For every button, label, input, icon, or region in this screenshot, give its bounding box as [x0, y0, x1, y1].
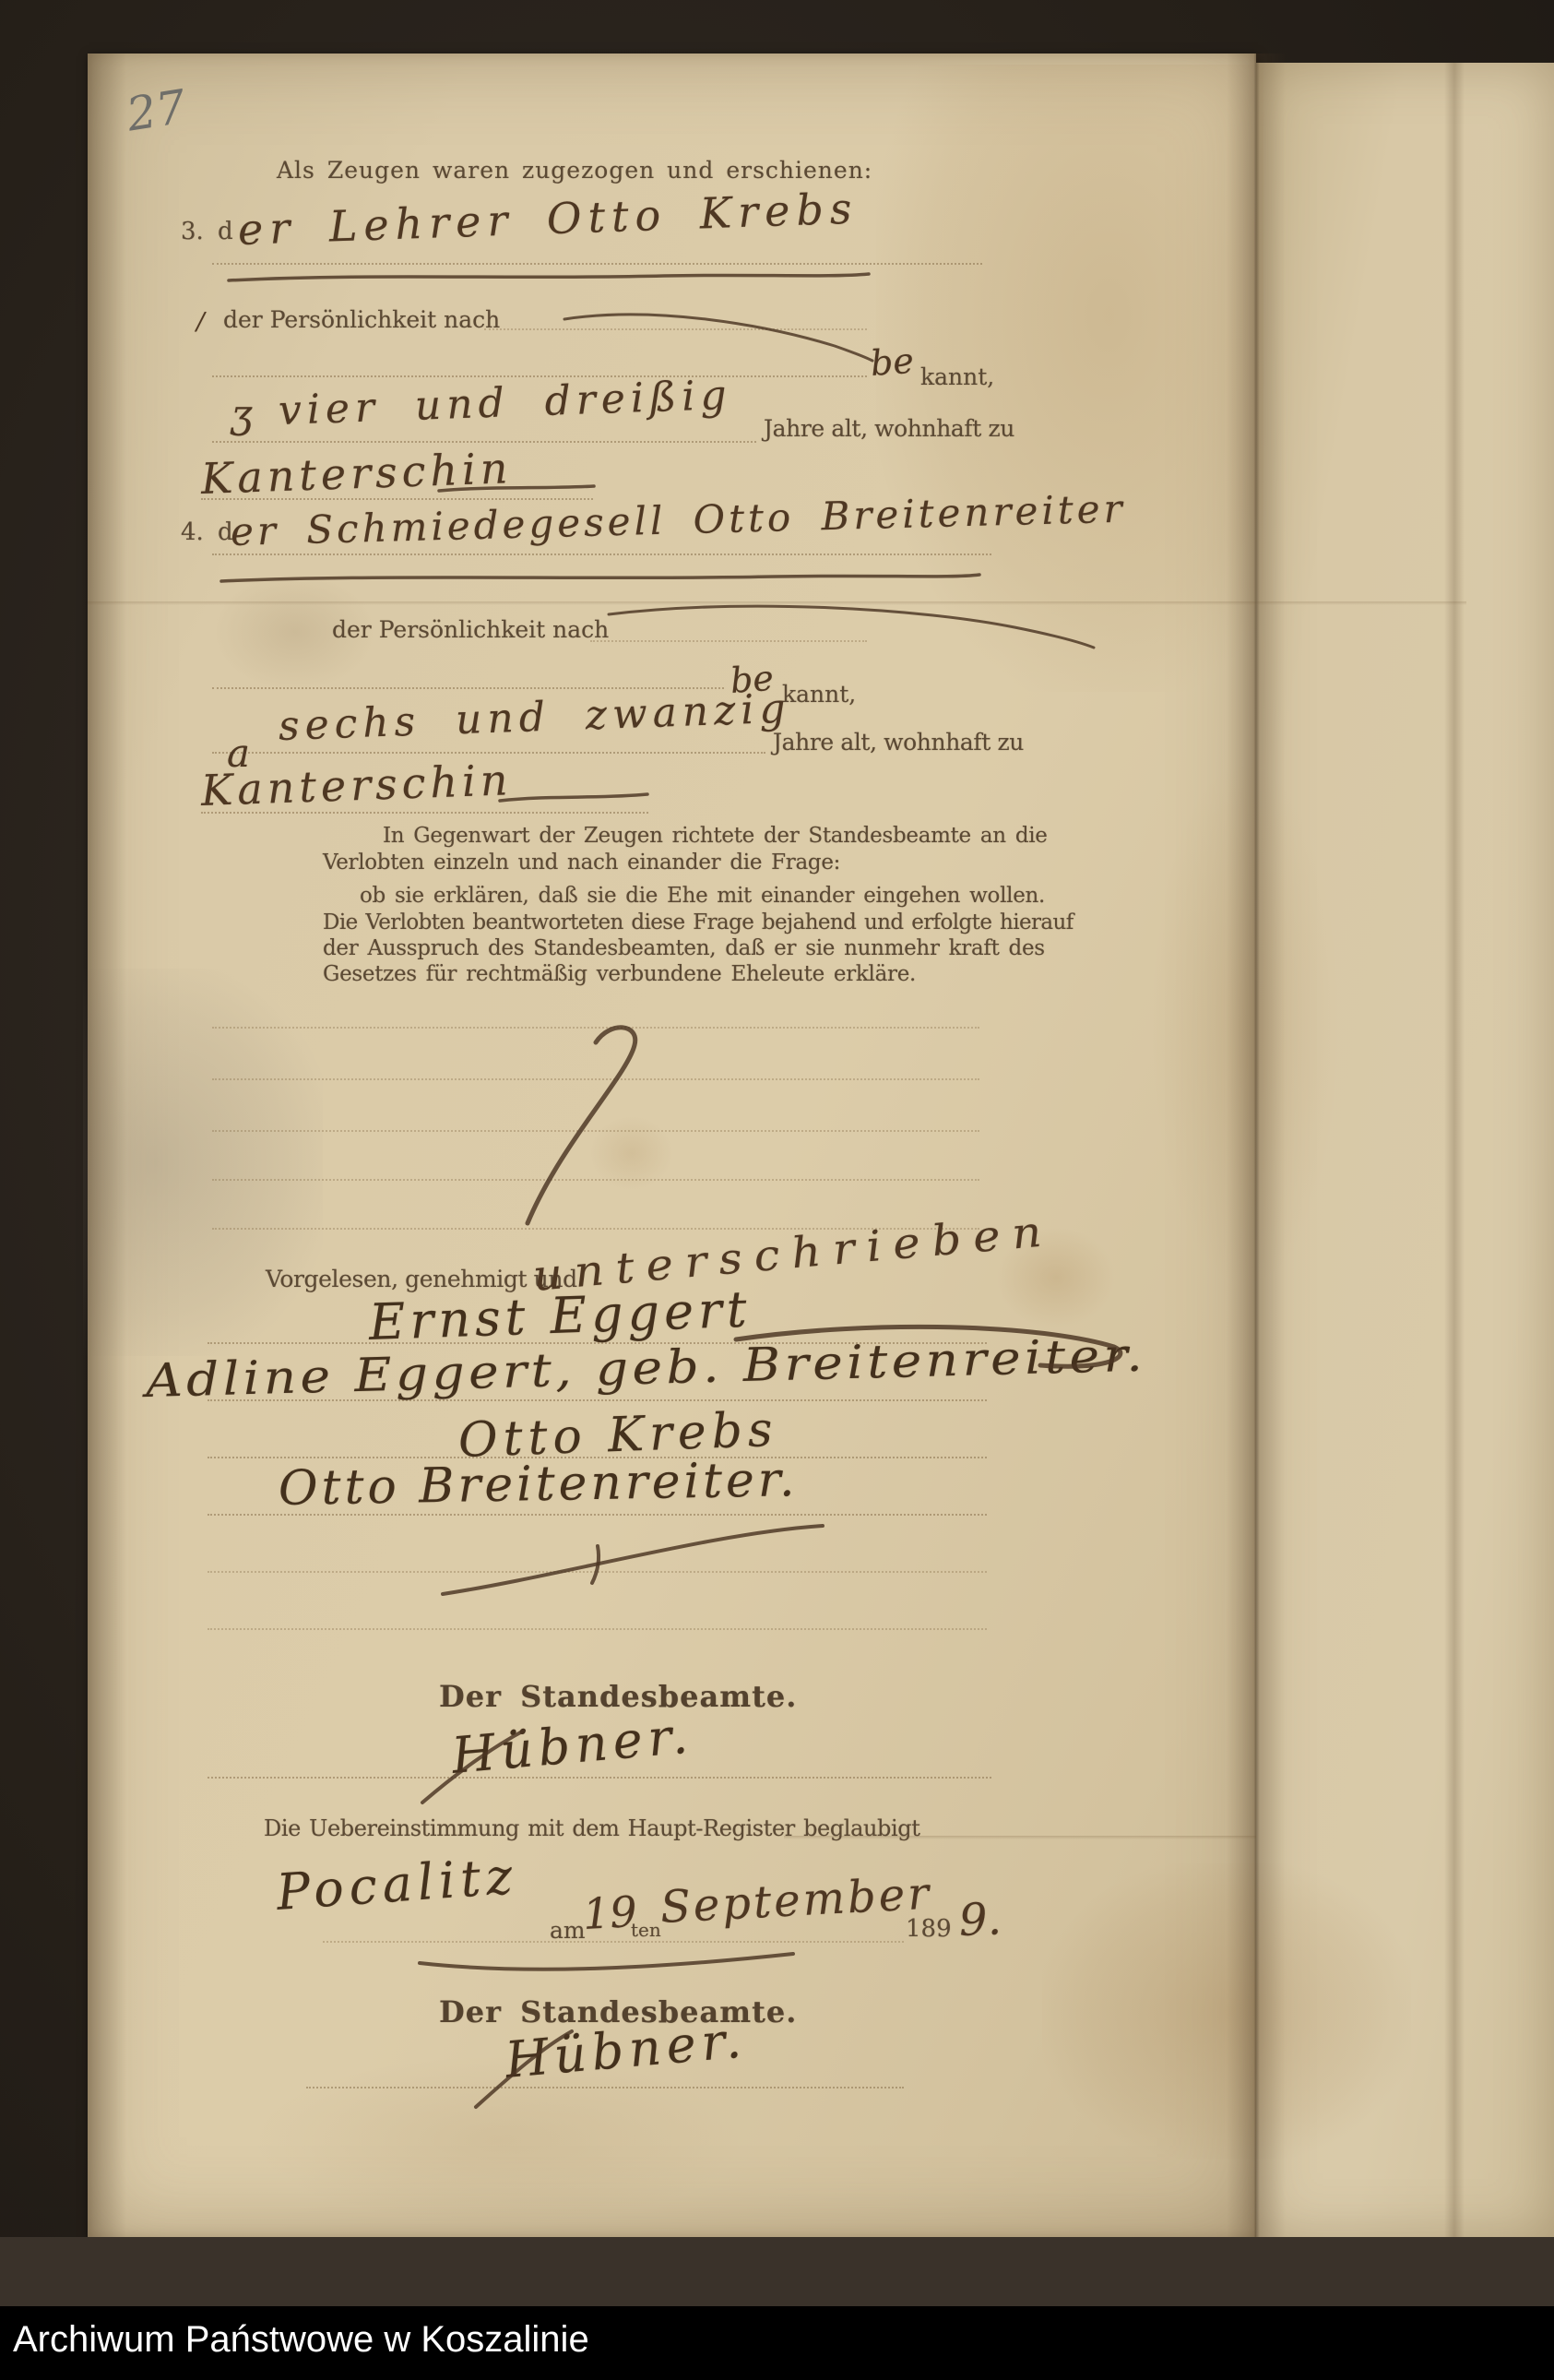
- witness3-known-printed: kannt,: [920, 363, 994, 390]
- witness4-known-printed: kannt,: [782, 681, 856, 708]
- signature-witness4: Otto Breitenreiter.: [278, 1452, 798, 1517]
- adjacent-page-edge: [1256, 63, 1554, 2240]
- archive-watermark-bar: Archiwum Państwowe w Koszalinie: [0, 2306, 1554, 2380]
- witness4-identity-printed: der Persönlichkeit nach: [332, 616, 609, 643]
- certification-am-printed: am: [550, 1917, 586, 1944]
- registrar-heading: Der Standesbeamte.: [439, 1679, 797, 1714]
- scanned-document: 27 Als Zeugen waren zugezogen und erschi…: [0, 0, 1554, 2380]
- page-number-annotation: 27: [123, 79, 189, 141]
- witness4-number: 4.: [181, 518, 204, 546]
- ruled-dotted-line: [212, 687, 724, 689]
- certification-printed: Die Uebereinstimmung mit dem Haupt-Regis…: [264, 1815, 919, 1841]
- declaration-line: Gesetzes für rechtmäßig verbundene Ehele…: [323, 962, 916, 986]
- ruled-dotted-line: [212, 1179, 979, 1181]
- ruled-dotted-line: [208, 1628, 987, 1630]
- witness3-known-handwritten: be: [869, 340, 915, 384]
- witness3-printed-prefix: d: [218, 218, 233, 245]
- certification-year-printed: 189: [906, 1915, 952, 1943]
- ruled-dotted-line: [306, 2087, 904, 2088]
- certification-day-handwritten: 19: [582, 1886, 638, 1939]
- witness3-age-mark: ʒ: [231, 391, 253, 436]
- witness3-number: 3.: [181, 218, 204, 245]
- scan-mat-band: [0, 2237, 1554, 2306]
- declaration-line: Die Verlobten beantworteten diese Frage …: [323, 910, 1074, 934]
- ruled-dotted-line: [323, 1941, 904, 1943]
- witness3-age-printed: Jahre alt, wohnhaft zu: [764, 415, 1014, 442]
- certification-ten-printed: ten: [631, 1919, 661, 1941]
- ruled-dotted-line: [208, 1571, 987, 1573]
- witness3-identity-printed: der Persönlichkeit nach: [223, 306, 500, 333]
- declaration-line: ob sie erklären, daß sie die Ehe mit ein…: [360, 884, 1045, 908]
- archive-watermark-label: Archiwum Państwowe w Koszalinie: [13, 2319, 589, 2361]
- ruled-dotted-line: [212, 1130, 979, 1132]
- ruled-dotted-line: [212, 375, 867, 377]
- declaration-line: der Ausspruch des Standesbeamten, daß er…: [323, 936, 1045, 960]
- ruled-dotted-line: [212, 1078, 979, 1080]
- ruled-dotted-line: [212, 752, 765, 754]
- ruled-dotted-line: [208, 1777, 991, 1779]
- witness3-identity-tick: /: [196, 308, 205, 336]
- witness-intro-printed: Als Zeugen waren zugezogen und erschiene…: [277, 157, 872, 184]
- ruled-dotted-line: [212, 1027, 979, 1029]
- declaration-line: In Gegenwart der Zeugen richtete der Sta…: [383, 824, 1048, 848]
- declaration-line: Verlobten einzeln und nach einander die …: [323, 851, 840, 875]
- ruled-dotted-line: [212, 263, 982, 265]
- ruled-dotted-line: [484, 328, 867, 330]
- ruled-dotted-line: [212, 553, 991, 555]
- ruled-dotted-line: [590, 640, 867, 642]
- witness4-age-printed: Jahre alt, wohnhaft zu: [773, 729, 1024, 756]
- certification-year-digit-handwritten: 9.: [958, 1893, 1002, 1946]
- ruled-dotted-line: [212, 441, 756, 443]
